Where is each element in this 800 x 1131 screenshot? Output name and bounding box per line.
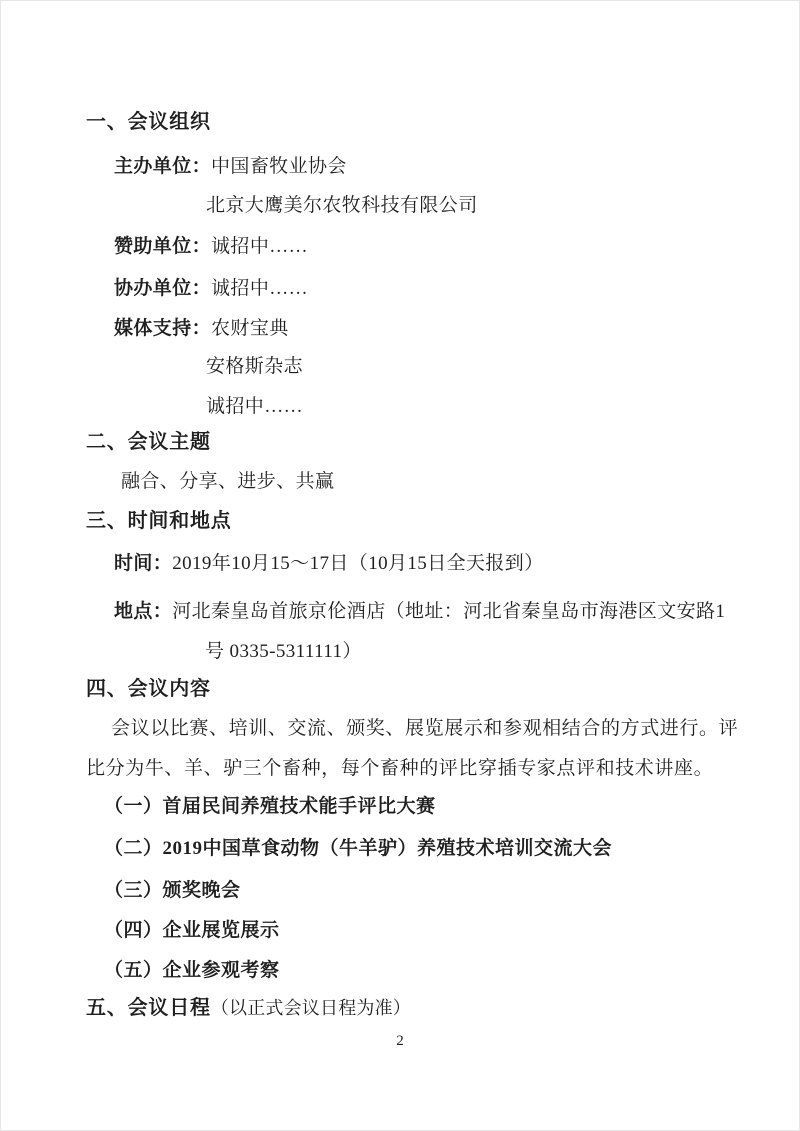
page-number: 2 [1,1033,799,1050]
section-heading-theme: 二、会议主题 [86,432,211,453]
content-item-4: （四）企业展览展示 [104,921,280,941]
field-row-coorganizer: 协办单位： 诚招中…… [114,279,308,299]
field-row-time: 时间： 2019年10月15～17日（10月15日全天报到） [114,554,544,574]
section-heading-organization: 一、会议组织 [86,112,211,133]
section-heading-content: 四、会议内容 [86,679,211,700]
field-value-time: 2019年10月15～17日（10月15日全天报到） [172,554,543,574]
field-label-coorganizer: 协办单位： [114,279,211,299]
field-value-media-1: 农财宝典 [211,319,289,339]
field-value-host-2: 北京大鹰美尔农牧科技有限公司 [206,196,478,216]
field-label-place: 地点： [114,602,172,622]
field-row-place: 地点： 河北秦皇岛首旅京伦酒店（地址：河北省秦皇岛市海港区文安路1 [114,602,725,622]
field-value-sponsor: 诚招中…… [211,237,308,257]
content-item-2: （二）2019中国草食动物（牛羊驴）养殖技术培训交流大会 [104,839,612,859]
section-heading-time-place: 三、时间和地点 [86,511,232,532]
field-label-time: 时间： [114,554,172,574]
field-value-media-2: 安格斯杂志 [206,357,303,377]
field-label-media: 媒体支持： [114,319,211,339]
content-item-3: （三）颁奖晚会 [104,881,241,901]
field-row-sponsor: 赞助单位： 诚招中…… [114,237,308,257]
schedule-heading-note: （以正式会议日程为准） [211,998,411,1018]
field-row-host: 主办单位： 中国畜牧业协会 [114,157,347,177]
section-heading-schedule: 五、会议日程（以正式会议日程为准） [86,998,411,1019]
field-label-host: 主办单位： [114,157,211,177]
field-label-sponsor: 赞助单位： [114,237,211,257]
schedule-heading-bold: 五、会议日程 [86,997,211,1019]
field-value-media-3: 诚招中…… [206,397,303,417]
field-row-media: 媒体支持： 农财宝典 [114,319,289,339]
content-paragraph-line-2: 比分为牛、羊、驴三个畜种，每个畜种的评比穿插专家点评和技术讲座。 [86,759,713,779]
content-item-5: （五）企业参观考察 [104,961,280,981]
document-page: 一、会议组织 主办单位： 中国畜牧业协会 北京大鹰美尔农牧科技有限公司 赞助单位… [0,0,800,1131]
content-item-1: （一）首届民间养殖技术能手评比大赛 [104,797,436,817]
field-value-place-2: 号 0335-5311111） [205,642,362,662]
field-value-coorganizer: 诚招中…… [211,279,308,299]
content-paragraph-line-1: 会议以比赛、培训、交流、颁奖、展览展示和参观相结合的方式进行。评 [111,719,738,739]
theme-body: 融合、分享、进步、共赢 [121,472,334,492]
field-value-host-1: 中国畜牧业协会 [211,157,347,177]
field-value-place-1: 河北秦皇岛首旅京伦酒店（地址：河北省秦皇岛市海港区文安路1 [172,602,725,622]
